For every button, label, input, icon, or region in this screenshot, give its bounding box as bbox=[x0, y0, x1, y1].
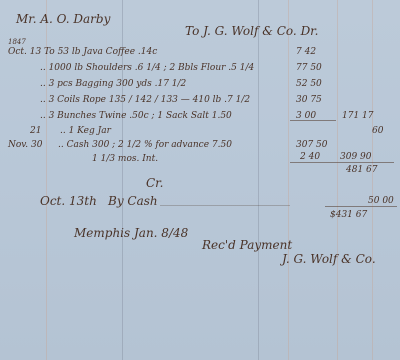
entry-date: Oct. 13 bbox=[8, 47, 41, 57]
entry-amount: 2 40 bbox=[300, 152, 320, 162]
credit-entry-description: By Cash bbox=[108, 196, 158, 206]
sum-line bbox=[290, 162, 394, 163]
entry-amount: 77 50 bbox=[296, 63, 322, 73]
entry-description: .. 1000 lb Shoulders .6 1/4 ; 2 Bbls Flo… bbox=[40, 63, 254, 73]
amount-column-rule bbox=[337, 0, 338, 360]
entry-description: .. 3 Coils Rope 135 / 142 / 133 — 410 lb… bbox=[40, 95, 250, 105]
credit-entry-date: Oct. 13th bbox=[40, 196, 97, 206]
year: 1847 bbox=[8, 37, 26, 47]
entry-amount: 307 50 bbox=[296, 140, 328, 150]
amount-column-rule bbox=[288, 0, 289, 360]
entry-description: .. Cash 300 ; 2 1/2 % for advance 7.50 bbox=[58, 140, 232, 150]
entry-subtotal: 309 90 bbox=[340, 152, 372, 162]
credit-heading: Cr. bbox=[146, 178, 163, 188]
entry-date: 21 bbox=[30, 126, 41, 136]
sum-line bbox=[325, 206, 397, 207]
place-date: Memphis Jan. 8/48 bbox=[74, 228, 188, 238]
entry-subtotal: 171 17 bbox=[342, 111, 374, 121]
entry-amount: 30 75 bbox=[296, 95, 322, 105]
credit-entry-amount: 50 00 bbox=[368, 196, 394, 206]
signature: J. G. Wolf & Co. bbox=[282, 254, 376, 264]
balance-amount: $431 67 bbox=[330, 210, 367, 220]
entry-amount: 52 50 bbox=[296, 79, 322, 89]
paper-fold bbox=[258, 0, 259, 360]
received-payment: Rec'd Payment bbox=[202, 240, 292, 250]
entry-amount: 7 42 bbox=[296, 47, 316, 57]
entry-description: To 53 lb Java Coffee .14c bbox=[44, 47, 157, 57]
amount-column-rule bbox=[372, 0, 373, 360]
entry-date: Nov. 30 bbox=[8, 140, 42, 150]
entry-description: .. 3 Bunches Twine .50c ; 1 Sack Salt 1.… bbox=[40, 111, 232, 121]
leader-line bbox=[160, 205, 290, 206]
entry-description: 1 1/3 mos. Int. bbox=[92, 154, 158, 164]
entry-subtotal: 60 bbox=[372, 126, 383, 136]
entry-description: .. 3 pcs Bagging 300 yds .17 1/2 bbox=[40, 79, 186, 89]
total-amount: 481 67 bbox=[346, 165, 378, 175]
creditor-heading: To J. G. Wolf & Co. Dr. bbox=[185, 26, 318, 36]
addressee: Mr. A. O. Darby bbox=[16, 14, 110, 24]
sum-line bbox=[290, 120, 336, 121]
entry-description: .. 1 Keg Jar bbox=[60, 126, 111, 136]
